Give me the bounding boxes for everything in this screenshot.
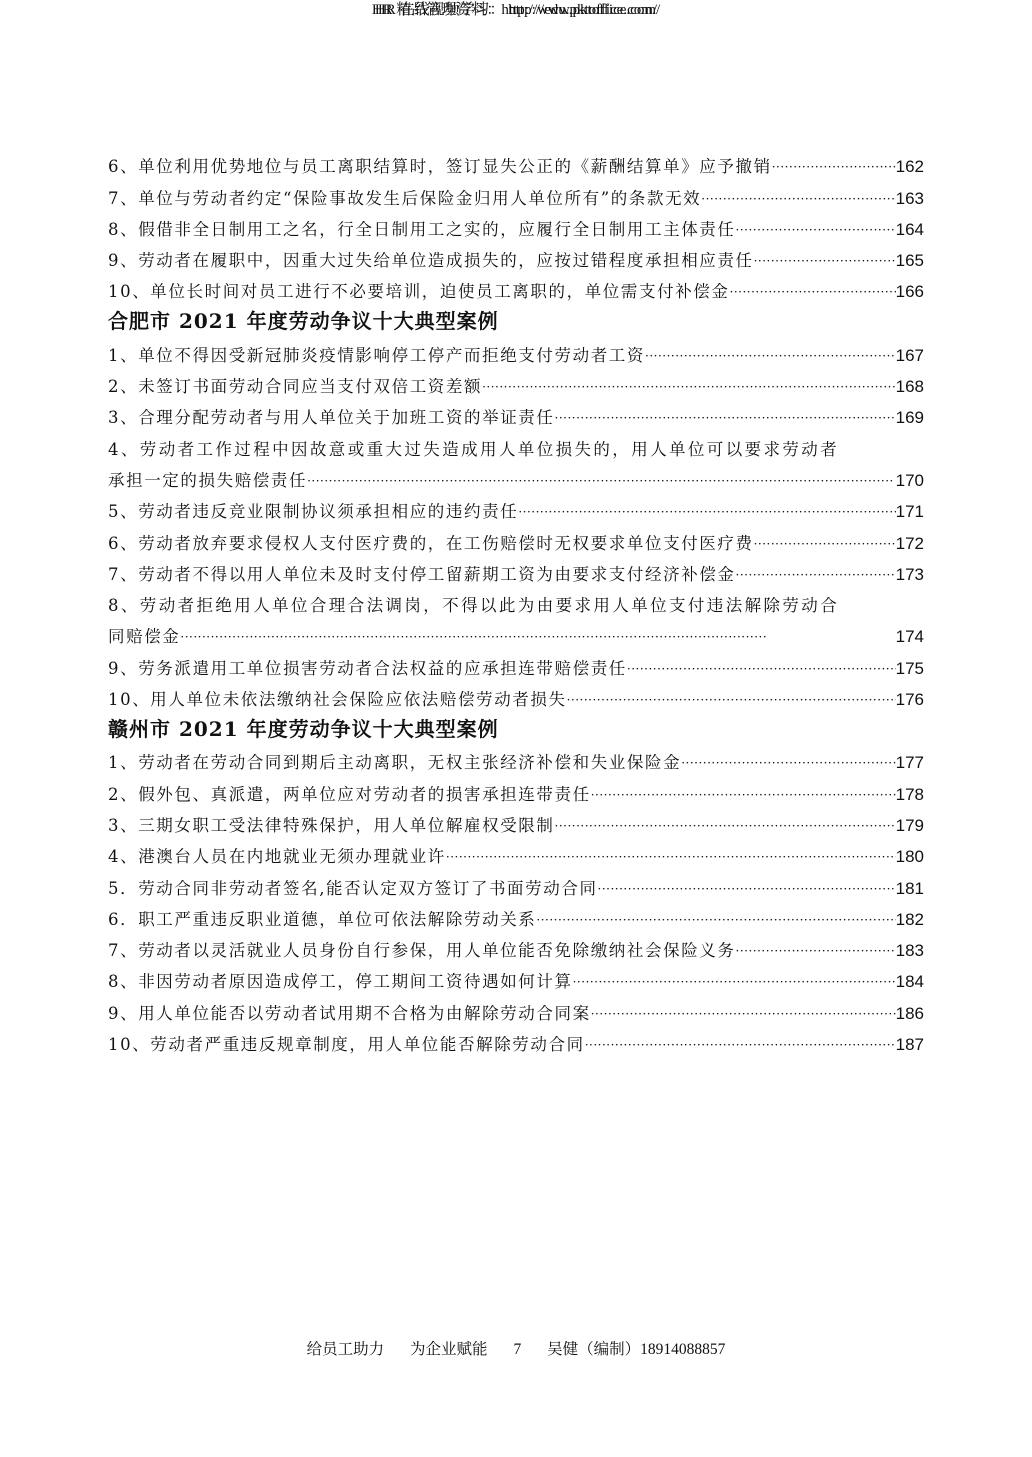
toc-entry[interactable]: 1、单位不得因受新冠肺炎疫情影响停工停产而拒绝支付劳动者工资167 (108, 334, 924, 365)
footer-slogan-1: 给员工助力 (307, 1341, 385, 1358)
toc-entry-title: 6、劳动者放弃要求侵权人支付医疗费的，在工伤赔偿时无权要求单位支付医疗费 (108, 530, 754, 554)
toc-entry-page: 180 (896, 847, 924, 867)
footer-author: 吴健（编制）18914088857 (547, 1341, 725, 1358)
toc-entry-title: 4、港澳台人员在内地就业无须办理就业许 (108, 843, 446, 867)
toc-entry-page: 170 (896, 471, 924, 491)
toc-entry-page: 165 (896, 251, 924, 271)
toc-entry-page: 173 (896, 565, 924, 585)
toc-entry-page: 178 (896, 785, 924, 805)
toc-entry-page: 164 (896, 220, 924, 240)
toc-entry-line1[interactable]: 8、劳动者拒绝用人单位合理合法调岗，不得以此为由要求用人单位支付违法解除劳动合 (108, 585, 924, 616)
leader-dots (730, 285, 896, 302)
footer-slogan-2: 为企业赋能 (410, 1341, 488, 1358)
toc-entry[interactable]: 7、劳动者以灵活就业人员身份自行参保，用人单位能否免除缴纳社会保险义务183 (108, 930, 924, 961)
toc-entry[interactable]: 2、假外包、真派遣，两单位应对劳动者的损害承担连带责任178 (108, 773, 924, 804)
leader-dots (536, 913, 895, 930)
toc-entry-title: 7、劳动者以灵活就业人员身份自行参保，用人单位能否免除缴纳社会保险义务 (108, 937, 736, 961)
leader-dots (307, 474, 896, 491)
toc-entry-page: 186 (896, 1004, 924, 1024)
toc-entry-title: 10、用人单位未依法缴纳社会保险应依法赔偿劳动者损失 (108, 686, 567, 710)
toc-entry-title: 8、劳动者拒绝用人单位合理合法调岗，不得以此为由要求用人单位支付违法解除劳动合 (108, 592, 839, 616)
toc-entry-title: 10、劳动者严重违反规章制度，用人单位能否解除劳动合同 (108, 1031, 585, 1055)
toc-entry-title: 4、劳动者工作过程中因故意或重大过失造成用人单位损失的，用人单位可以要求劳动者 (108, 436, 839, 460)
toc-entry-page: 183 (896, 941, 924, 961)
toc-entry[interactable]: 7、单位与劳动者约定“保险事故发生后保险金归用人单位所有”的条款无效163 (108, 177, 924, 208)
toc-entry-title: 2、未签订书面劳动合同应当支付双倍工资差额 (108, 373, 482, 397)
toc-entry[interactable]: 1、劳动者在劳动合同到期后主动离职，无权主张经济补偿和失业保险金177 (108, 742, 924, 773)
leader-dots (681, 756, 895, 773)
toc-entry-title: 9、劳务派遣用工单位损害劳动者合法权益的应承担连带赔偿责任 (108, 655, 627, 679)
leader-dots (518, 505, 895, 522)
toc-entry[interactable]: 10、劳动者严重违反规章制度，用人单位能否解除劳动合同187 (108, 1024, 924, 1055)
toc-entry-title: 8、假借非全日制用工之名，行全日制用工之实的，应履行全日制用工主体责任 (108, 216, 736, 240)
toc-entry-page: 177 (896, 753, 924, 773)
toc-entry[interactable]: 2、未签订书面劳动合同应当支付双倍工资差额168 (108, 366, 924, 397)
leader-dots (555, 819, 896, 836)
toc-entry[interactable]: 4、港澳台人员在内地就业无须办理就业许180 (108, 836, 924, 867)
toc-entry-page: 182 (896, 910, 924, 930)
leader-dots (754, 537, 896, 554)
toc-entry-page: 166 (896, 282, 924, 302)
toc-entry-title: 1、单位不得因受新冠肺炎疫情影响停工停产而拒绝支付劳动者工资 (108, 342, 645, 366)
toc-entry-page: 169 (896, 408, 924, 428)
leader-dots (591, 788, 896, 805)
toc-entry-page: 168 (896, 377, 924, 397)
toc-entry-title: 承担一定的损失赔偿责任 (108, 467, 307, 491)
toc-entry-title: 3、三期女职工受法律特殊保护，用人单位解雇权受限制 (108, 812, 555, 836)
toc-entry-page: 176 (896, 690, 924, 710)
toc-entry-page: 179 (896, 816, 924, 836)
toc-entry[interactable]: 9、劳务派遣用工单位损害劳动者合法权益的应承担连带赔偿责任175 (108, 647, 924, 678)
toc-entry-title: 5．劳动合同非劳动者签名,能否认定双方签订了书面劳动合同 (108, 875, 598, 899)
leader-dots (180, 630, 895, 647)
toc-entry[interactable]: 10、用人单位未依法缴纳社会保险应依法赔偿劳动者损失176 (108, 679, 924, 710)
toc-entry-page: 167 (896, 346, 924, 366)
toc-entry[interactable]: 9、用人单位能否以劳动者试用期不合格为由解除劳动合同案186 (108, 992, 924, 1023)
toc-entry-page: 174 (896, 627, 924, 647)
page-number: 7 (513, 1341, 521, 1358)
toc-entry-title: 同赔偿金 (108, 623, 180, 647)
toc-entry[interactable]: 承担一定的损失赔偿责任170 (108, 460, 924, 491)
section-heading-ganzhou[interactable]: 赣州市 2021 年度劳动争议十大典型案例 (108, 710, 924, 742)
leader-dots (585, 1038, 896, 1055)
toc-entry-page: 184 (896, 972, 924, 992)
toc-entry[interactable]: 6、单位利用优势地位与员工离职结算时，签订显失公正的《薪酬结算单》应予撤销162 (108, 146, 924, 177)
leader-dots (736, 223, 896, 240)
leader-dots (736, 944, 896, 961)
toc-entry-page: 171 (896, 502, 924, 522)
toc-entry-title: 8、非因劳动者原因造成停工，停工期间工资待遇如何计算 (108, 968, 573, 992)
toc-entry-title: 5、劳动者违反竞业限制协议须承担相应的违约责任 (108, 498, 518, 522)
toc-entry-page: 187 (896, 1035, 924, 1055)
header-line-video: HR 在线视频学习： http://edu.pktoffice.com/ (0, 0, 1032, 21)
toc-entry[interactable]: 5、劳动者违反竞业限制协议须承担相应的违约责任171 (108, 491, 924, 522)
leader-dots (567, 693, 896, 710)
toc-entry[interactable]: 7、劳动者不得以用人单位未及时支付停工留薪期工资为由要求支付经济补偿金173 (108, 554, 924, 585)
toc-entry[interactable]: 8、非因劳动者原因造成停工，停工期间工资待遇如何计算184 (108, 961, 924, 992)
toc-entry[interactable]: 3、三期女职工受法律特殊保护，用人单位解雇权受限制179 (108, 805, 924, 836)
leader-dots (598, 882, 896, 899)
leader-dots (772, 160, 896, 177)
leader-dots (591, 1007, 896, 1024)
toc-entry-line1[interactable]: 4、劳动者工作过程中因故意或重大过失造成用人单位损失的，用人单位可以要求劳动者 (108, 428, 924, 459)
leader-dots (754, 254, 896, 271)
leader-dots (573, 975, 896, 992)
leader-dots (482, 380, 896, 397)
leader-dots (555, 411, 896, 428)
toc-entry[interactable]: 同赔偿金174 (108, 616, 924, 647)
leader-dots (701, 192, 895, 209)
table-of-contents: 6、单位利用优势地位与员工离职结算时，签订显失公正的《薪酬结算单》应予撤销162… (108, 146, 924, 1055)
toc-entry[interactable]: 6、劳动者放弃要求侵权人支付医疗费的，在工伤赔偿时无权要求单位支付医疗费172 (108, 522, 924, 553)
toc-entry-title: 1、劳动者在劳动合同到期后主动离职，无权主张经济补偿和失业保险金 (108, 749, 681, 773)
leader-dots (736, 568, 896, 585)
toc-entry-page: 181 (896, 879, 924, 899)
toc-entry-page: 175 (896, 659, 924, 679)
toc-entry-title: 9、劳动者在履职中，因重大过失给单位造成损失的，应按过错程度承担相应责任 (108, 247, 754, 271)
toc-entry-title: 3、合理分配劳动者与用人单位关于加班工资的举证责任 (108, 404, 555, 428)
toc-entry[interactable]: 6．职工严重违反职业道德，单位可依法解除劳动关系182 (108, 899, 924, 930)
leader-dots (645, 349, 896, 366)
toc-entry[interactable]: 9、劳动者在履职中，因重大过失给单位造成损失的，应按过错程度承担相应责任165 (108, 240, 924, 271)
toc-entry[interactable]: 10、单位长时间对员工进行不必要培训，迫使员工离职的，单位需支付补偿金166 (108, 271, 924, 302)
toc-entry[interactable]: 5．劳动合同非劳动者签名,能否认定双方签订了书面劳动合同181 (108, 867, 924, 898)
section-heading-hefei[interactable]: 合肥市 2021 年度劳动争议十大典型案例 (108, 302, 924, 334)
toc-entry-title: 7、劳动者不得以用人单位未及时支付停工留薪期工资为由要求支付经济补偿金 (108, 561, 736, 585)
toc-entry-title: 6．职工严重违反职业道德，单位可依法解除劳动关系 (108, 906, 536, 930)
toc-entry-title: 10、单位长时间对员工进行不必要培训，迫使员工离职的，单位需支付补偿金 (108, 278, 730, 302)
toc-entry[interactable]: 8、假借非全日制用工之名，行全日制用工之实的，应履行全日制用工主体责任164 (108, 209, 924, 240)
toc-entry-page: 172 (896, 534, 924, 554)
toc-entry-title: 9、用人单位能否以劳动者试用期不合格为由解除劳动合同案 (108, 1000, 591, 1024)
toc-entry[interactable]: 3、合理分配劳动者与用人单位关于加班工资的举证责任169 (108, 397, 924, 428)
leader-dots (627, 662, 896, 679)
toc-entry-title: 2、假外包、真派遣，两单位应对劳动者的损害承担连带责任 (108, 781, 591, 805)
toc-entry-title: 7、单位与劳动者约定“保险事故发生后保险金归用人单位所有”的条款无效 (108, 185, 701, 209)
toc-entry-title: 6、单位利用优势地位与员工离职结算时，签订显失公正的《薪酬结算单》应予撤销 (108, 153, 772, 177)
toc-entry-page: 163 (896, 189, 924, 209)
toc-entry-page: 162 (896, 157, 924, 177)
leader-dots (446, 850, 896, 867)
page-footer: 给员工助力 为企业赋能 7 吴健（编制）18914088857 (0, 1337, 1032, 1359)
